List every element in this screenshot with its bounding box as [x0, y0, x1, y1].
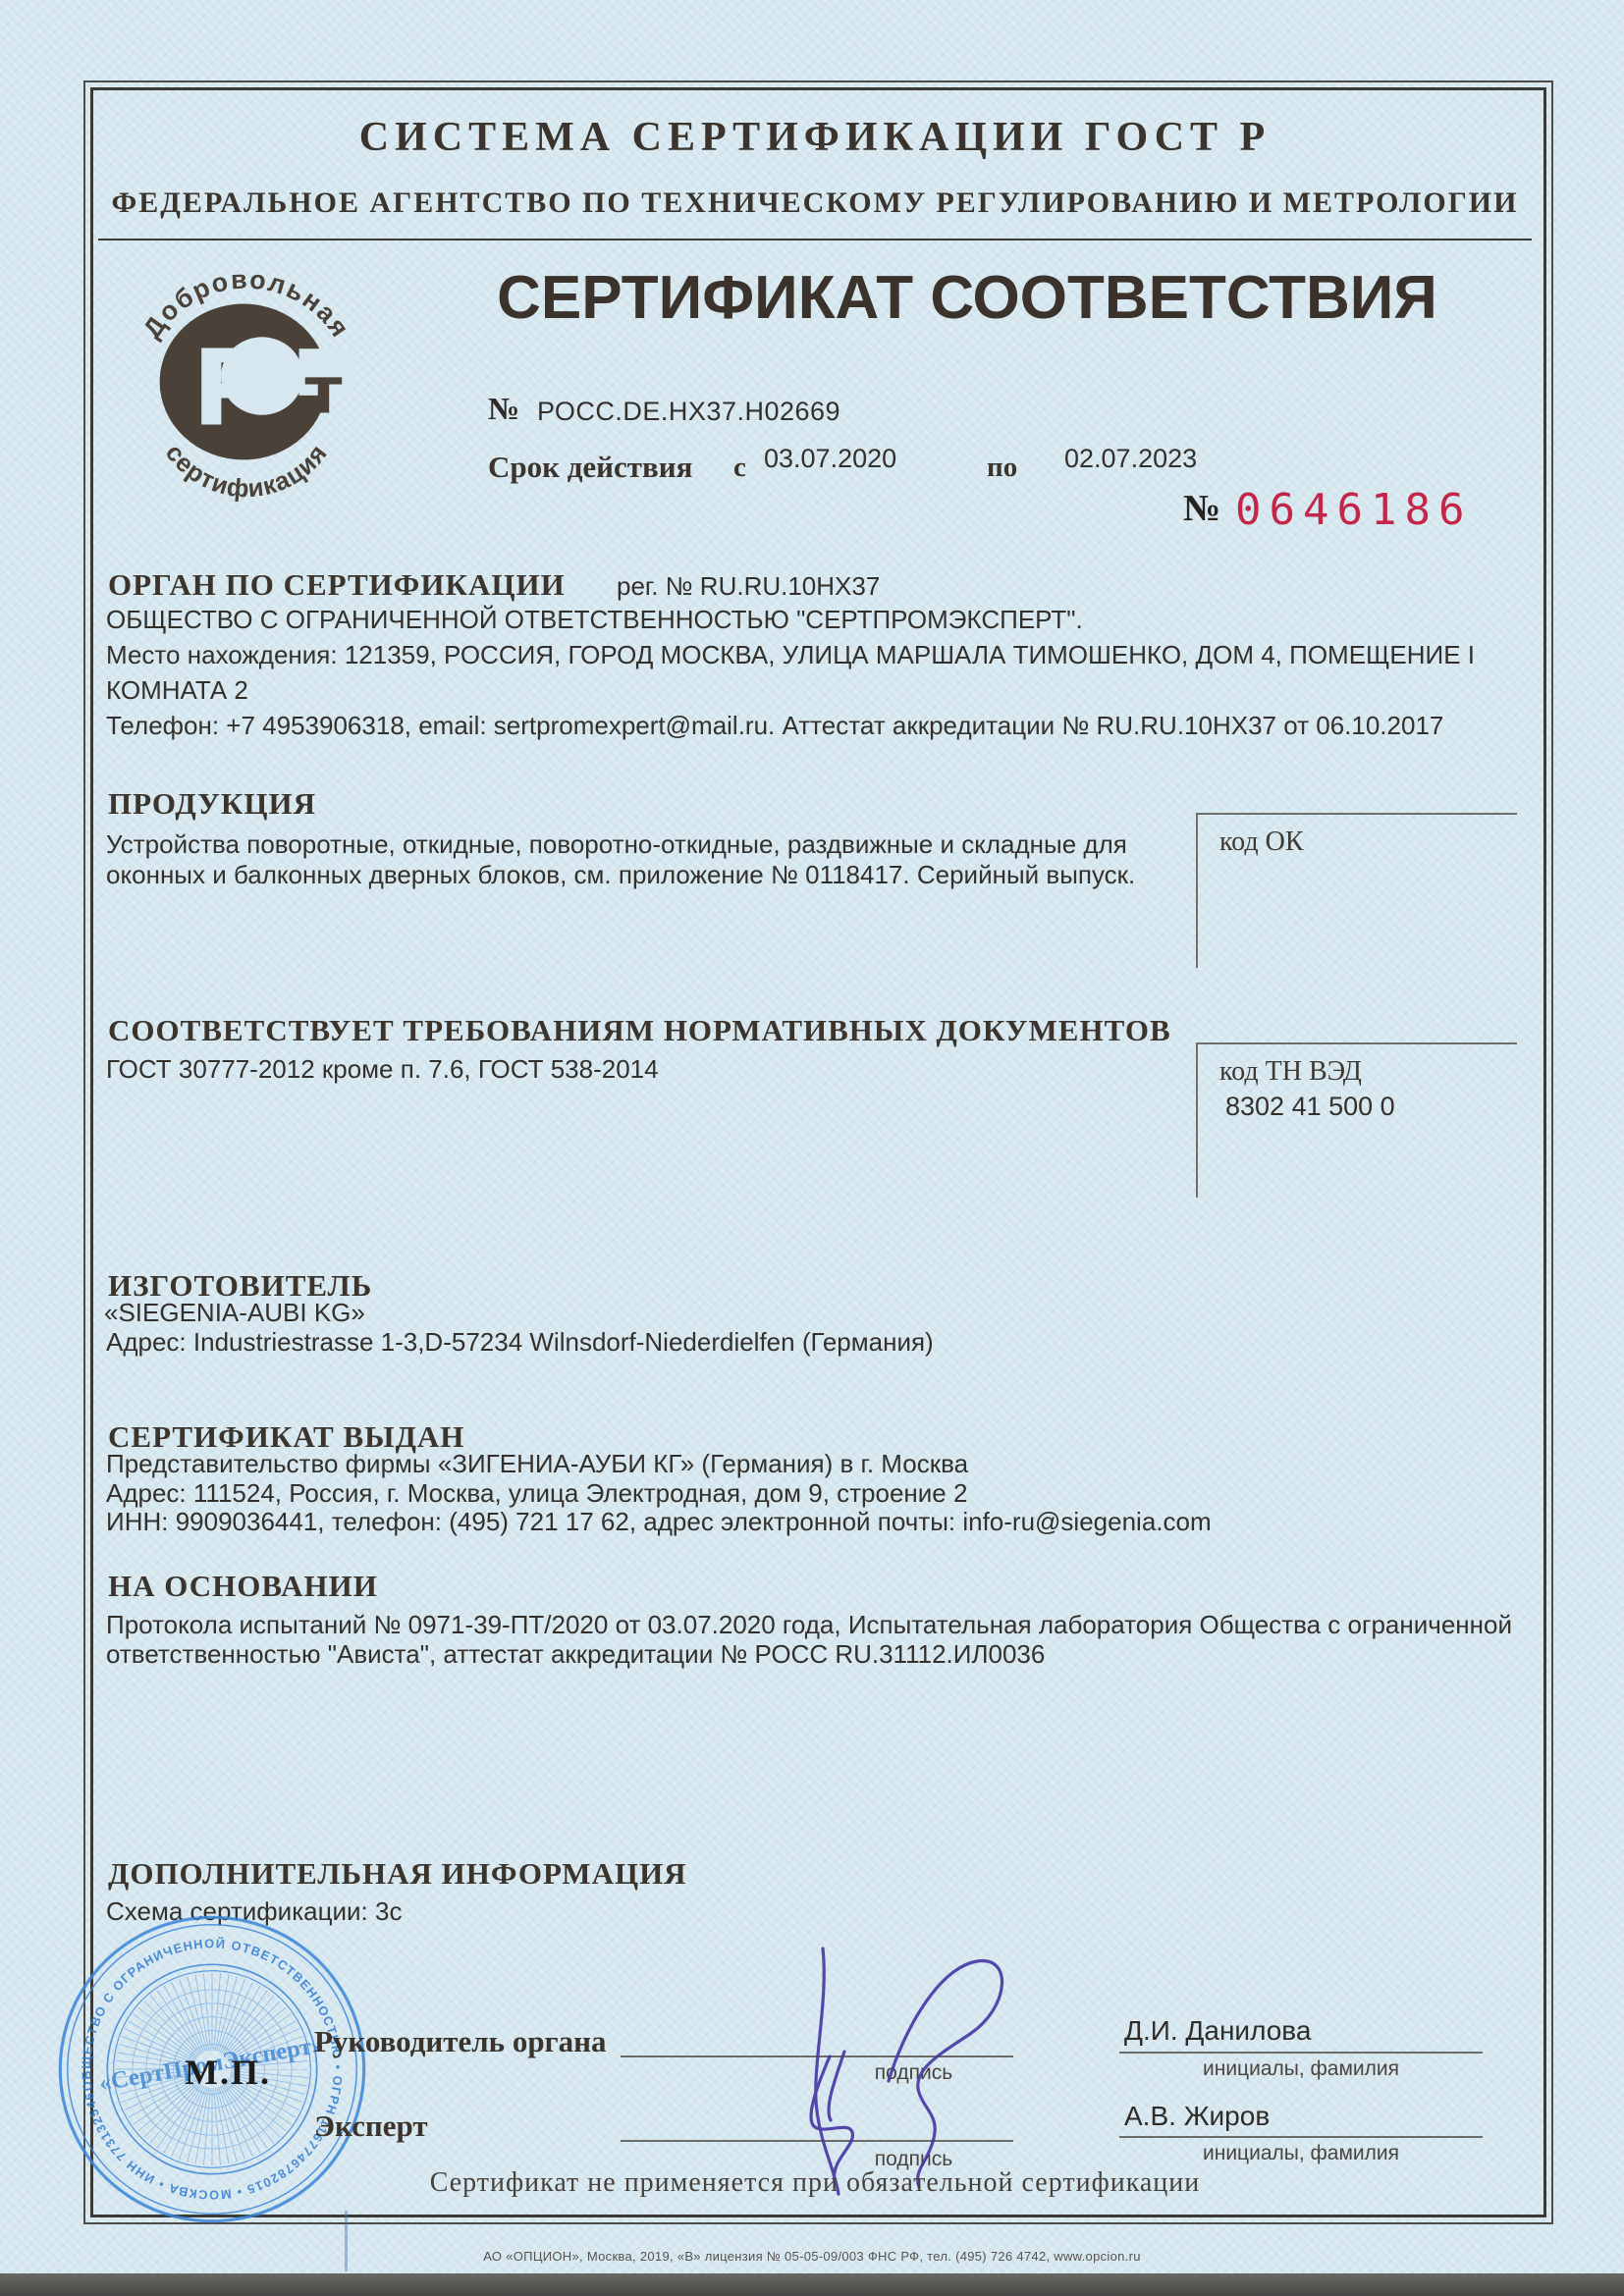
org-name: ОБЩЕСТВО С ОГРАНИЧЕННОЙ ОТВЕТСТВЕННОСТЬЮ…: [106, 605, 1083, 635]
code-tnved-value: 8302 41 500 0: [1225, 1092, 1395, 1122]
basis-line-1: Протокола испытаний № 0971-39-ПТ/2020 от…: [106, 1610, 1512, 1640]
head-of-body-label: Руководитель органа: [314, 2024, 607, 2059]
product-heading: ПРОДУКЦИЯ: [108, 786, 316, 822]
expert-name-caption: инициалы, фамилия: [1119, 2142, 1483, 2165]
product-line-2: оконных и балконных дверных блоков, см. …: [106, 860, 1135, 890]
system-line: СИСТЕМА СЕРТИФИКАЦИИ ГОСТ Р: [98, 114, 1532, 161]
blank-number-label: №: [1183, 487, 1220, 530]
disclaimer-line: Сертификат не применяется при обязательн…: [177, 2167, 1453, 2199]
org-contacts: Телефон: +7 4953906318, email: sertprome…: [106, 711, 1443, 741]
print-info-line: АО «ОПЦИОН», Москва, 2019, «В» лицензия …: [0, 2249, 1624, 2264]
manufacturer-name: «SIEGENIA-AUBI KG»: [104, 1298, 365, 1328]
code-ok-box-left: [1196, 813, 1198, 968]
mp-placeholder: М.П.: [185, 2052, 271, 2093]
expert-label: Эксперт: [314, 2109, 428, 2144]
basis-line-2: ответственностью "Ависта", аттестат аккр…: [106, 1639, 1045, 1670]
validity-to-label: по: [987, 452, 1017, 484]
issued-to-line-3: ИНН: 9909036441, телефон: (495) 721 17 6…: [106, 1507, 1212, 1537]
org-heading: ОРГАН ПО СЕРТИФИКАЦИИ: [108, 567, 566, 603]
blank-number: 0646186: [1235, 485, 1472, 535]
compliance-line-1: ГОСТ 30777-2012 кроме п. 7.6, ГОСТ 538-2…: [106, 1054, 659, 1085]
scan-edge-strip: [0, 2273, 1624, 2296]
org-address-1: Место нахождения: 121359, РОССИЯ, ГОРОД …: [106, 640, 1475, 670]
validity-from-date: 03.07.2020: [764, 444, 896, 474]
code-tnved-box-left: [1196, 1042, 1198, 1198]
org-address-2: КОМНАТА 2: [106, 675, 248, 706]
logo-t-letter: т: [305, 354, 343, 429]
cert-number-label: №: [488, 391, 519, 427]
certificate-page: СИСТЕМА СЕРТИФИКАЦИИ ГОСТ Р ФЕДЕРАЛЬНОЕ …: [0, 0, 1624, 2296]
issued-to-line-2: Адрес: 111524, Россия, г. Москва, улица …: [106, 1478, 967, 1509]
header-divider: [98, 239, 1532, 240]
rst-logo: Добровольная т Р сертификация: [114, 245, 377, 508]
code-ok-box-top: [1196, 813, 1517, 815]
page-title: СЕРТИФИКАТ СООТВЕТСТВИЯ: [422, 263, 1512, 333]
head-name-caption: инициалы, фамилия: [1119, 2057, 1483, 2081]
manufacturer-address: Адрес: Industriestrasse 1-3,D-57234 Wiln…: [106, 1327, 934, 1358]
code-tnved-label: код ТН ВЭД: [1219, 1056, 1362, 1088]
additional-heading: ДОПОЛНИТЕЛЬНАЯ ИНФОРМАЦИЯ: [108, 1856, 687, 1892]
org-reg-number: рег. № RU.RU.10HX37: [617, 571, 880, 602]
code-tnved-box-top: [1196, 1042, 1517, 1044]
cert-number: РОСС.DE.HX37.H02669: [537, 397, 840, 427]
expert-name: А.В. Жиров: [1124, 2101, 1270, 2132]
agency-line: ФЕДЕРАЛЬНОЕ АГЕНТСТВО ПО ТЕХНИЧЕСКОМУ РЕ…: [98, 187, 1532, 220]
compliance-heading: СООТВЕТСТВУЕТ ТРЕБОВАНИЯМ НОРМАТИВНЫХ ДО…: [108, 1013, 1171, 1048]
head-name-line: [1119, 2052, 1483, 2054]
validity-from-label: с: [733, 452, 746, 484]
code-ok-label: код ОК: [1219, 827, 1304, 858]
product-line-1: Устройства поворотные, откидные, поворот…: [106, 829, 1127, 860]
logo-p-letter: Р: [191, 328, 269, 451]
issued-to-line-1: Представительство фирмы «ЗИГЕНИА-АУБИ КГ…: [106, 1449, 968, 1479]
basis-heading: НА ОСНОВАНИИ: [108, 1569, 378, 1604]
validity-to-date: 02.07.2023: [1064, 444, 1197, 474]
expert-name-line: [1119, 2136, 1483, 2138]
validity-label: Срок действия: [488, 450, 692, 485]
head-name: Д.И. Данилова: [1124, 2015, 1311, 2047]
